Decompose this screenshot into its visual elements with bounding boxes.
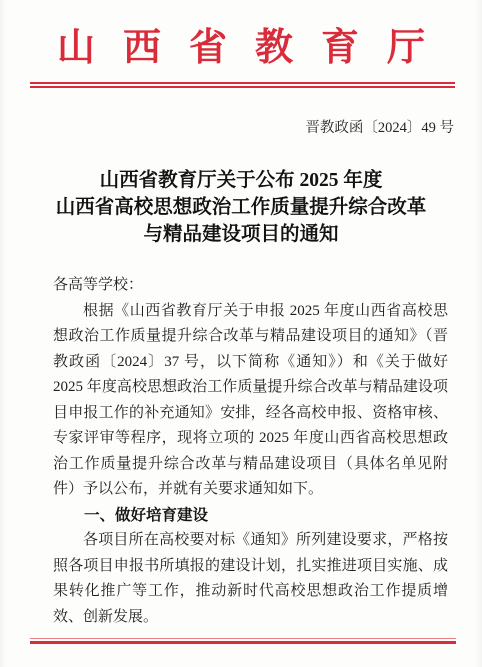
document-body: 各高等学校： 根据《山西省教育厅关于申报 2025 年度山西省高校思想政治工作质… (53, 273, 448, 630)
paragraph-section-1: 各项目所在高校要对标《通知》所列建设要求，严格按照各项目申报书所填报的建设计划，… (53, 528, 448, 630)
document-reference-number: 晋教政函〔2024〕49 号 (0, 119, 482, 138)
letterhead-divider (30, 82, 455, 88)
paragraph-intro: 根据《山西省教育厅关于申报 2025 年度山西省高校思想政治工作质量提升综合改革… (53, 299, 448, 503)
notice-title-line-1: 山西省教育厅关于公布 2025 年度 (0, 167, 482, 194)
notice-title-line-3: 与精品建设项目的通知 (0, 221, 482, 248)
notice-title: 山西省教育厅关于公布 2025 年度 山西省高校思想政治工作质量提升综合改革 与… (0, 167, 482, 248)
notice-title-line-2: 山西省高校思想政治工作质量提升综合改革 (0, 194, 482, 221)
salutation: 各高等学校： (53, 273, 448, 299)
section-1-heading: 一、做好培育建设 (53, 503, 448, 529)
footer-divider (30, 638, 456, 644)
agency-letterhead: 山西省教育厅 (0, 0, 482, 71)
official-document-page: 山西省教育厅 晋教政函〔2024〕49 号 山西省教育厅关于公布 2025 年度… (0, 0, 482, 667)
